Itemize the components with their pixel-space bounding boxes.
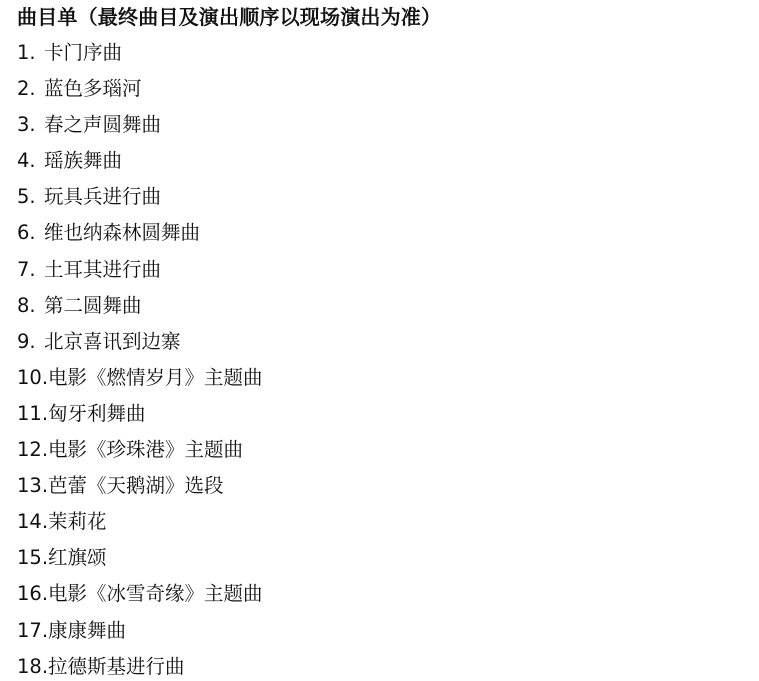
item-title: 芭蕾《天鹅湖》选段 — [48, 474, 224, 497]
program-document: 曲目单（最终曲目及演出顺序以现场演出为准） 1.卡门序曲 2.蓝色多瑙河 3.春… — [17, 3, 759, 681]
list-item: 17.康康舞曲 — [17, 613, 759, 649]
list-item: 10.电影《燃情岁月》主题曲 — [17, 360, 759, 396]
item-title: 康康舞曲 — [48, 619, 126, 642]
item-number: 1. — [17, 35, 44, 71]
list-item: 9.北京喜讯到边寨 — [17, 324, 759, 360]
list-item: 1.卡门序曲 — [17, 35, 759, 71]
item-title: 茉莉花 — [48, 510, 107, 533]
item-number: 4. — [17, 143, 44, 179]
list-item: 8.第二圆舞曲 — [17, 288, 759, 324]
item-number: 8. — [17, 288, 44, 324]
list-item: 6.维也纳森林圆舞曲 — [17, 215, 759, 251]
item-number: 18. — [17, 649, 48, 681]
item-title: 春之声圆舞曲 — [44, 113, 161, 136]
item-title: 拉德斯基进行曲 — [48, 655, 185, 678]
item-number: 11. — [17, 396, 48, 432]
item-title: 卡门序曲 — [44, 41, 122, 64]
item-number: 17. — [17, 613, 48, 649]
item-number: 15. — [17, 540, 48, 576]
item-number: 7. — [17, 252, 44, 288]
item-title: 北京喜讯到边寨 — [44, 330, 181, 353]
list-item: 11.匈牙利舞曲 — [17, 396, 759, 432]
item-number: 14. — [17, 504, 48, 540]
item-number: 10. — [17, 360, 48, 396]
item-title: 瑶族舞曲 — [44, 149, 122, 172]
program-list: 1.卡门序曲 2.蓝色多瑙河 3.春之声圆舞曲 4.瑶族舞曲 5.玩具兵进行曲 … — [17, 35, 759, 681]
item-title: 第二圆舞曲 — [44, 294, 142, 317]
list-item: 13.芭蕾《天鹅湖》选段 — [17, 468, 759, 504]
list-item: 15.红旗颂 — [17, 540, 759, 576]
program-title: 曲目单（最终曲目及演出顺序以现场演出为准） — [17, 3, 759, 31]
item-number: 12. — [17, 432, 48, 468]
list-item: 12.电影《珍珠港》主题曲 — [17, 432, 759, 468]
item-title: 蓝色多瑙河 — [44, 77, 142, 100]
item-number: 2. — [17, 71, 44, 107]
item-title: 电影《珍珠港》主题曲 — [48, 438, 243, 461]
item-title: 维也纳森林圆舞曲 — [44, 221, 200, 244]
list-item: 16.电影《冰雪奇缘》主题曲 — [17, 576, 759, 612]
list-item: 7.土耳其进行曲 — [17, 252, 759, 288]
item-title: 电影《燃情岁月》主题曲 — [48, 366, 263, 389]
list-item: 2.蓝色多瑙河 — [17, 71, 759, 107]
item-title: 匈牙利舞曲 — [48, 402, 146, 425]
list-item: 5.玩具兵进行曲 — [17, 179, 759, 215]
item-title: 土耳其进行曲 — [44, 258, 161, 281]
item-number: 16. — [17, 576, 48, 612]
item-number: 6. — [17, 215, 44, 251]
item-number: 13. — [17, 468, 48, 504]
item-number: 9. — [17, 324, 44, 360]
list-item: 4.瑶族舞曲 — [17, 143, 759, 179]
item-title: 电影《冰雪奇缘》主题曲 — [48, 582, 263, 605]
list-item: 14.茉莉花 — [17, 504, 759, 540]
item-title: 红旗颂 — [48, 546, 107, 569]
item-title: 玩具兵进行曲 — [44, 185, 161, 208]
item-number: 5. — [17, 179, 44, 215]
item-number: 3. — [17, 107, 44, 143]
list-item: 3.春之声圆舞曲 — [17, 107, 759, 143]
list-item: 18.拉德斯基进行曲 — [17, 649, 759, 681]
